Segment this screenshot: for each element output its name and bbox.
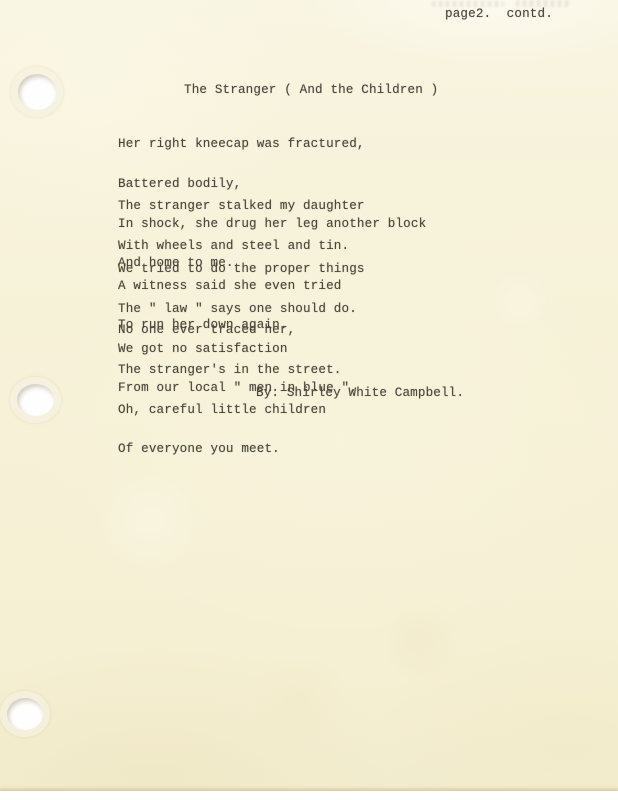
erased-text-smudge (516, 0, 572, 7)
poem-title: The Stranger ( And the Children ) (184, 84, 438, 97)
poem-line: The stranger stalked my daughter (118, 200, 365, 213)
punch-hole-middle (17, 384, 54, 416)
poem-line: Her right kneecap was fractured, (118, 138, 426, 151)
poem-line: No one ever traced her, (118, 324, 342, 337)
poem-line: We tried to do the proper things (118, 263, 365, 276)
paper-bottom-edge (0, 791, 618, 800)
poem-line: The stranger's in the street. (118, 364, 342, 377)
punch-hole-top (18, 74, 56, 110)
poem-line: Of everyone you meet. (118, 443, 342, 456)
page-header: page2. contd. (445, 8, 553, 21)
poem-byline: By: Shirley White Campbell. (256, 387, 464, 400)
poem-line: Oh, careful little children (118, 404, 342, 417)
scanned-page: page2. contd. The Stranger ( And the Chi… (0, 0, 618, 800)
punch-hole-bottom (7, 698, 43, 730)
